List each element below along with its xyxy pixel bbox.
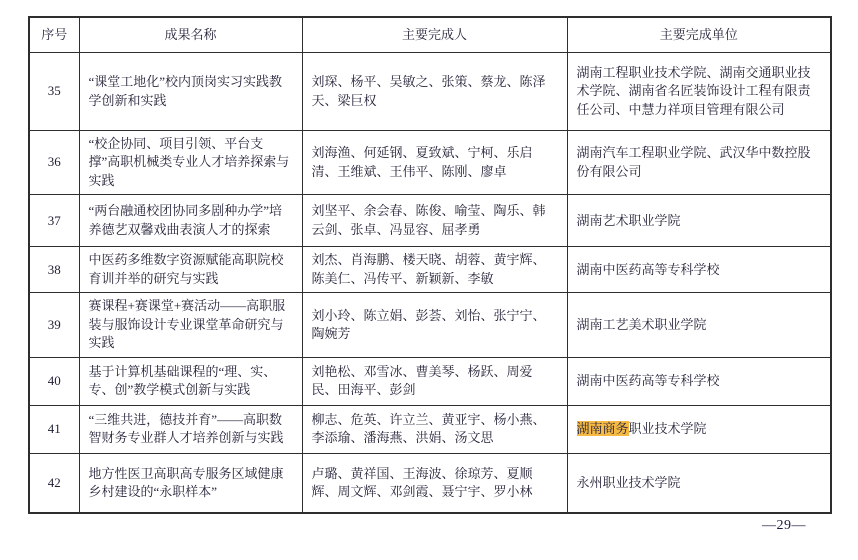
table-row: 40 基于计算机基础课程的“理、实、专、创”教学模式创新与实践 刘艳松、邓雪冰、… [29, 357, 831, 405]
contributors-cell: 刘琛、杨平、吴敏之、张策、蔡龙、陈泽天、梁巨权 [302, 53, 567, 131]
units-rest-text: 职业技术学院 [629, 421, 707, 436]
contributors-cell: 刘杰、肖海鹏、楼天晓、胡蓉、黄宇辉、陈美仁、冯传平、新颖新、李敏 [302, 247, 567, 293]
table-row: 42 地方性医卫高职高专服务区域健康乡村建设的“永职样本” 卢璐、黄祥国、王海波… [29, 453, 831, 513]
table-row: 39 赛课程+赛课堂+赛活动——高职服装与服饰设计专业课堂革命研究与实践 刘小玲… [29, 293, 831, 357]
row-number-cell: 40 [29, 357, 79, 405]
page-number: —29— [762, 518, 806, 534]
row-number-cell: 36 [29, 131, 79, 195]
units-cell: 湖南中医药高等专科学校 [567, 357, 831, 405]
achievement-name-cell: 赛课程+赛课堂+赛活动——高职服装与服饰设计专业课堂革命研究与实践 [79, 293, 302, 357]
header-achievement-name: 成果名称 [79, 17, 302, 53]
highlighted-text: 湖南商务 [577, 421, 629, 436]
achievement-name-cell: “三维共进，德技并育”——高职数智财务专业群人才培养创新与实践 [79, 405, 302, 453]
achievement-name-cell: “课堂工地化”校内顶岗实习实践教学创新和实践 [79, 53, 302, 131]
table-row: 38 中医药多维数字资源赋能高职院校育训并举的研究与实践 刘杰、肖海鹏、楼天晓、… [29, 247, 831, 293]
row-number-cell: 38 [29, 247, 79, 293]
table-row: 35 “课堂工地化”校内顶岗实习实践教学创新和实践 刘琛、杨平、吴敏之、张策、蔡… [29, 53, 831, 131]
row-number-cell: 42 [29, 453, 79, 513]
table-row: 36 “校企协同、项目引领、平台支撑”高职机械类专业人才培养探索与实践 刘海渔、… [29, 131, 831, 195]
units-cell: 湖南汽车工程职业学院、武汉华中数控股份有限公司 [567, 131, 831, 195]
units-cell: 永州职业技术学院 [567, 453, 831, 513]
contributors-cell: 刘艳松、邓雪冰、曹美琴、杨跃、周爱民、田海平、彭剑 [302, 357, 567, 405]
contributors-cell: 刘坚平、余会春、陈俊、喻莹、陶乐、韩云剑、张卓、冯显容、屈孝勇 [302, 195, 567, 247]
row-number-cell: 39 [29, 293, 79, 357]
contributors-cell: 刘海渔、何延钢、夏致斌、宁柯、乐启清、王维斌、王伟平、陈刚、廖卓 [302, 131, 567, 195]
header-serial-number: 序号 [29, 17, 79, 53]
row-number-cell: 37 [29, 195, 79, 247]
header-main-units: 主要完成单位 [567, 17, 831, 53]
table-row: 41 “三维共进，德技并育”——高职数智财务专业群人才培养创新与实践 柳志、危英… [29, 405, 831, 453]
row-number-cell: 41 [29, 405, 79, 453]
contributors-cell: 卢璐、黄祥国、王海波、徐琼芳、夏顺辉、周文辉、邓剑霞、聂宁宇、罗小林 [302, 453, 567, 513]
table-row: 37 “两台融通校团协同多剧种办学”培养德艺双馨戏曲表演人才的探索 刘坚平、余会… [29, 195, 831, 247]
row-number-cell: 35 [29, 53, 79, 131]
units-cell: 湖南中医药高等专科学校 [567, 247, 831, 293]
achievement-name-cell: “两台融通校团协同多剧种办学”培养德艺双馨戏曲表演人才的探索 [79, 195, 302, 247]
units-cell: 湖南工程职业技术学院、湖南交通职业技术学院、湖南省名匠装饰设计工程有限责任公司、… [567, 53, 831, 131]
contributors-cell: 柳志、危英、许立兰、黄亚宇、杨小燕、李添瑜、潘海燕、洪娟、汤文思 [302, 405, 567, 453]
achievement-name-cell: 中医药多维数字资源赋能高职院校育训并举的研究与实践 [79, 247, 302, 293]
table-header-row: 序号 成果名称 主要完成人 主要完成单位 [29, 17, 831, 53]
header-main-contributors: 主要完成人 [302, 17, 567, 53]
units-cell: 湖南艺术职业学院 [567, 195, 831, 247]
achievement-name-cell: 基于计算机基础课程的“理、实、专、创”教学模式创新与实践 [79, 357, 302, 405]
units-cell: 湖南商务职业技术学院 [567, 405, 831, 453]
achievement-name-cell: 地方性医卫高职高专服务区域健康乡村建设的“永职样本” [79, 453, 302, 513]
achievement-name-cell: “校企协同、项目引领、平台支撑”高职机械类专业人才培养探索与实践 [79, 131, 302, 195]
achievements-table: 序号 成果名称 主要完成人 主要完成单位 35 “课堂工地化”校内顶岗实习实践教… [28, 16, 832, 514]
contributors-cell: 刘小玲、陈立娟、彭荟、刘怡、张宁宁、陶婉芳 [302, 293, 567, 357]
units-cell: 湖南工艺美术职业学院 [567, 293, 831, 357]
